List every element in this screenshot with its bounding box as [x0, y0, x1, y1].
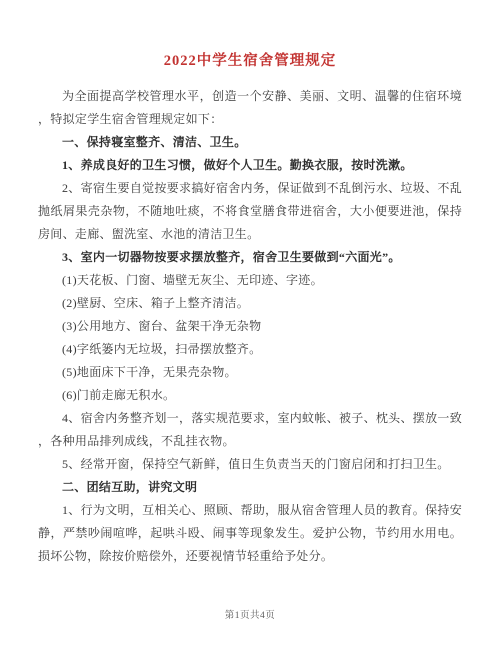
document-page: 2022中学生宿舍管理规定 为全面提高学校管理水平，创造一个安静、美丽、文明、温… [0, 0, 500, 647]
document-body: 为全面提高学校管理水平，创造一个安静、美丽、文明、温馨的住宿环境，特拟定学生宿舍… [38, 85, 462, 568]
page-number: 第1页共4页 [225, 611, 276, 621]
paragraph: 5、经常开窗，保持空气新鲜，值日生负责当天的门窗启闭和打扫卫生。 [38, 453, 462, 476]
paragraph: 1、养成良好的卫生习惯，做好个人卫生。勤换衣服，按时洗漱。 [38, 154, 462, 177]
paragraph: 4、宿舍内务整齐划一，落实规范要求，室内蚊帐、被子、枕头、摆放一致，各种用品排列… [38, 407, 462, 453]
paragraph: 一、保持寝室整齐、清洁、卫生。 [38, 131, 462, 154]
paragraph: 二、团结互助，讲究文明 [38, 476, 462, 499]
paragraph: (2)壁厨、空床、箱子上整齐清洁。 [38, 292, 462, 315]
paragraph: (4)字纸篓内无垃圾，扫帚摆放整齐。 [38, 338, 462, 361]
paragraph: (6)门前走廊无积水。 [38, 384, 462, 407]
document-title: 2022中学生宿舍管理规定 [38, 50, 462, 72]
paragraph: 为全面提高学校管理水平，创造一个安静、美丽、文明、温馨的住宿环境，特拟定学生宿舍… [38, 85, 462, 131]
page-footer: 第1页共4页 [0, 607, 500, 621]
paragraph: (5)地面床下干净，无果壳杂物。 [38, 361, 462, 384]
paragraph: 1、行为文明，互相关心、照顾、帮助，服从宿舍管理人员的教育。保持安静，严禁吵闹喧… [38, 499, 462, 568]
paragraph: (3)公用地方、窗台、盆架干净无杂物 [38, 315, 462, 338]
paragraph: 2、寄宿生要自觉按要求搞好宿舍内务，保证做到不乱倒污水、垃圾、不乱抛纸屑果壳杂物… [38, 177, 462, 246]
paragraph: 3、室内一切器物按要求摆放整齐，宿舍卫生要做到“六面光”。 [38, 246, 462, 269]
paragraph: (1)天花板、门窗、墙壁无灰尘、无印迹、字迹。 [38, 269, 462, 292]
